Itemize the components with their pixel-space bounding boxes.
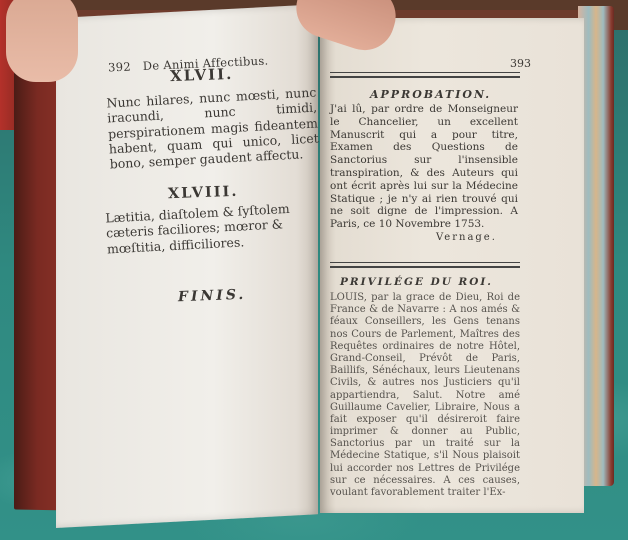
section-heading-xlvii: XLVII. (170, 65, 234, 85)
left-finger (6, 0, 78, 82)
approbation-text: J'ai lû, par ordre de Monseigneur le Cha… (330, 103, 518, 231)
header-rule (330, 72, 520, 78)
right-page-number: 393 (510, 57, 531, 70)
section-rule (330, 262, 520, 268)
finis: FINIS. (178, 287, 247, 306)
left-page-number: 392 (108, 60, 131, 75)
privilege-title: PRIVILÉGE DU ROI. (340, 276, 493, 289)
section-heading-xlviii: XLVIII. (168, 183, 239, 203)
section-text-xlvii: Nunc hilares, nunc mœsti, nunc iracundi,… (106, 85, 320, 172)
approbation-signature: Vernage. (436, 232, 497, 244)
approbation-title: APPROBATION. (370, 88, 491, 101)
privilege-text: LOUIS, par la grace de Dieu, Roi de Fran… (330, 292, 520, 499)
